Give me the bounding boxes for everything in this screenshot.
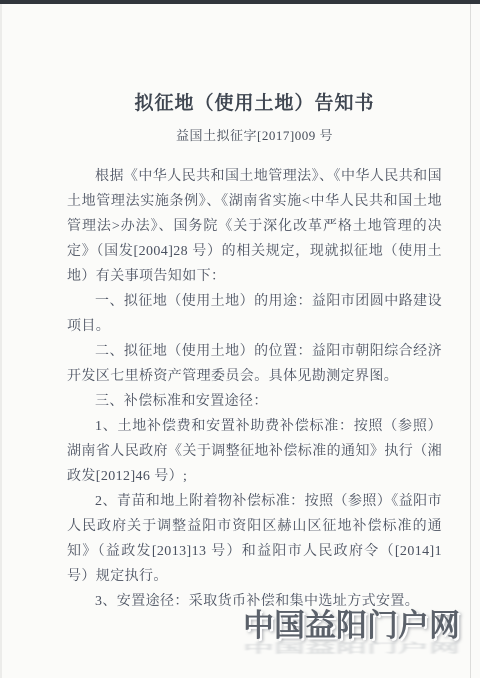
document-number: 益国土拟征字[2017]009 号 bbox=[67, 125, 442, 144]
paragraph-compensation-heading: 三、补偿标准和安置途径： bbox=[67, 389, 442, 414]
scan-left-edge bbox=[0, 4, 2, 678]
paragraph-land-location: 二、拟征地（使用土地）的位置：益阳市朝阳综合经济开发区七里桥资产管理委员会。具体… bbox=[67, 339, 442, 389]
document-body: 根据《中华人民共和国土地管理法》、《中华人民共和国土地管理法实施条例》、《湖南省… bbox=[67, 164, 442, 614]
notice-document: 拟征地（使用土地）告知书 益国土拟征字[2017]009 号 根据《中华人民共和… bbox=[67, 88, 442, 614]
paragraph-land-use: 一、拟征地（使用土地）的用途：益阳市团圆中路建设项目。 bbox=[67, 289, 442, 339]
paragraph-legal-basis: 根据《中华人民共和国土地管理法》、《中华人民共和国土地管理法实施条例》、《湖南省… bbox=[67, 164, 442, 289]
paragraph-compensation-standard-2: 2、青苗和地上附着物补偿标准：按照（参照）《益阳市人民政府关于调整益阳市资阳区赫… bbox=[67, 489, 442, 589]
scan-right-edge bbox=[470, 4, 471, 678]
scanned-notice-page: 拟征地（使用土地）告知书 益国土拟征字[2017]009 号 根据《中华人民共和… bbox=[0, 0, 480, 678]
paragraph-compensation-standard-1: 1、土地补偿费和安置补助费补偿标准：按照（参照）湖南省人民政府《关于调整征地补偿… bbox=[67, 414, 442, 489]
document-title: 拟征地（使用土地）告知书 bbox=[67, 88, 442, 115]
scan-top-edge bbox=[0, 0, 480, 4]
watermark-reflection: 中国益阳门户网 bbox=[243, 638, 460, 656]
